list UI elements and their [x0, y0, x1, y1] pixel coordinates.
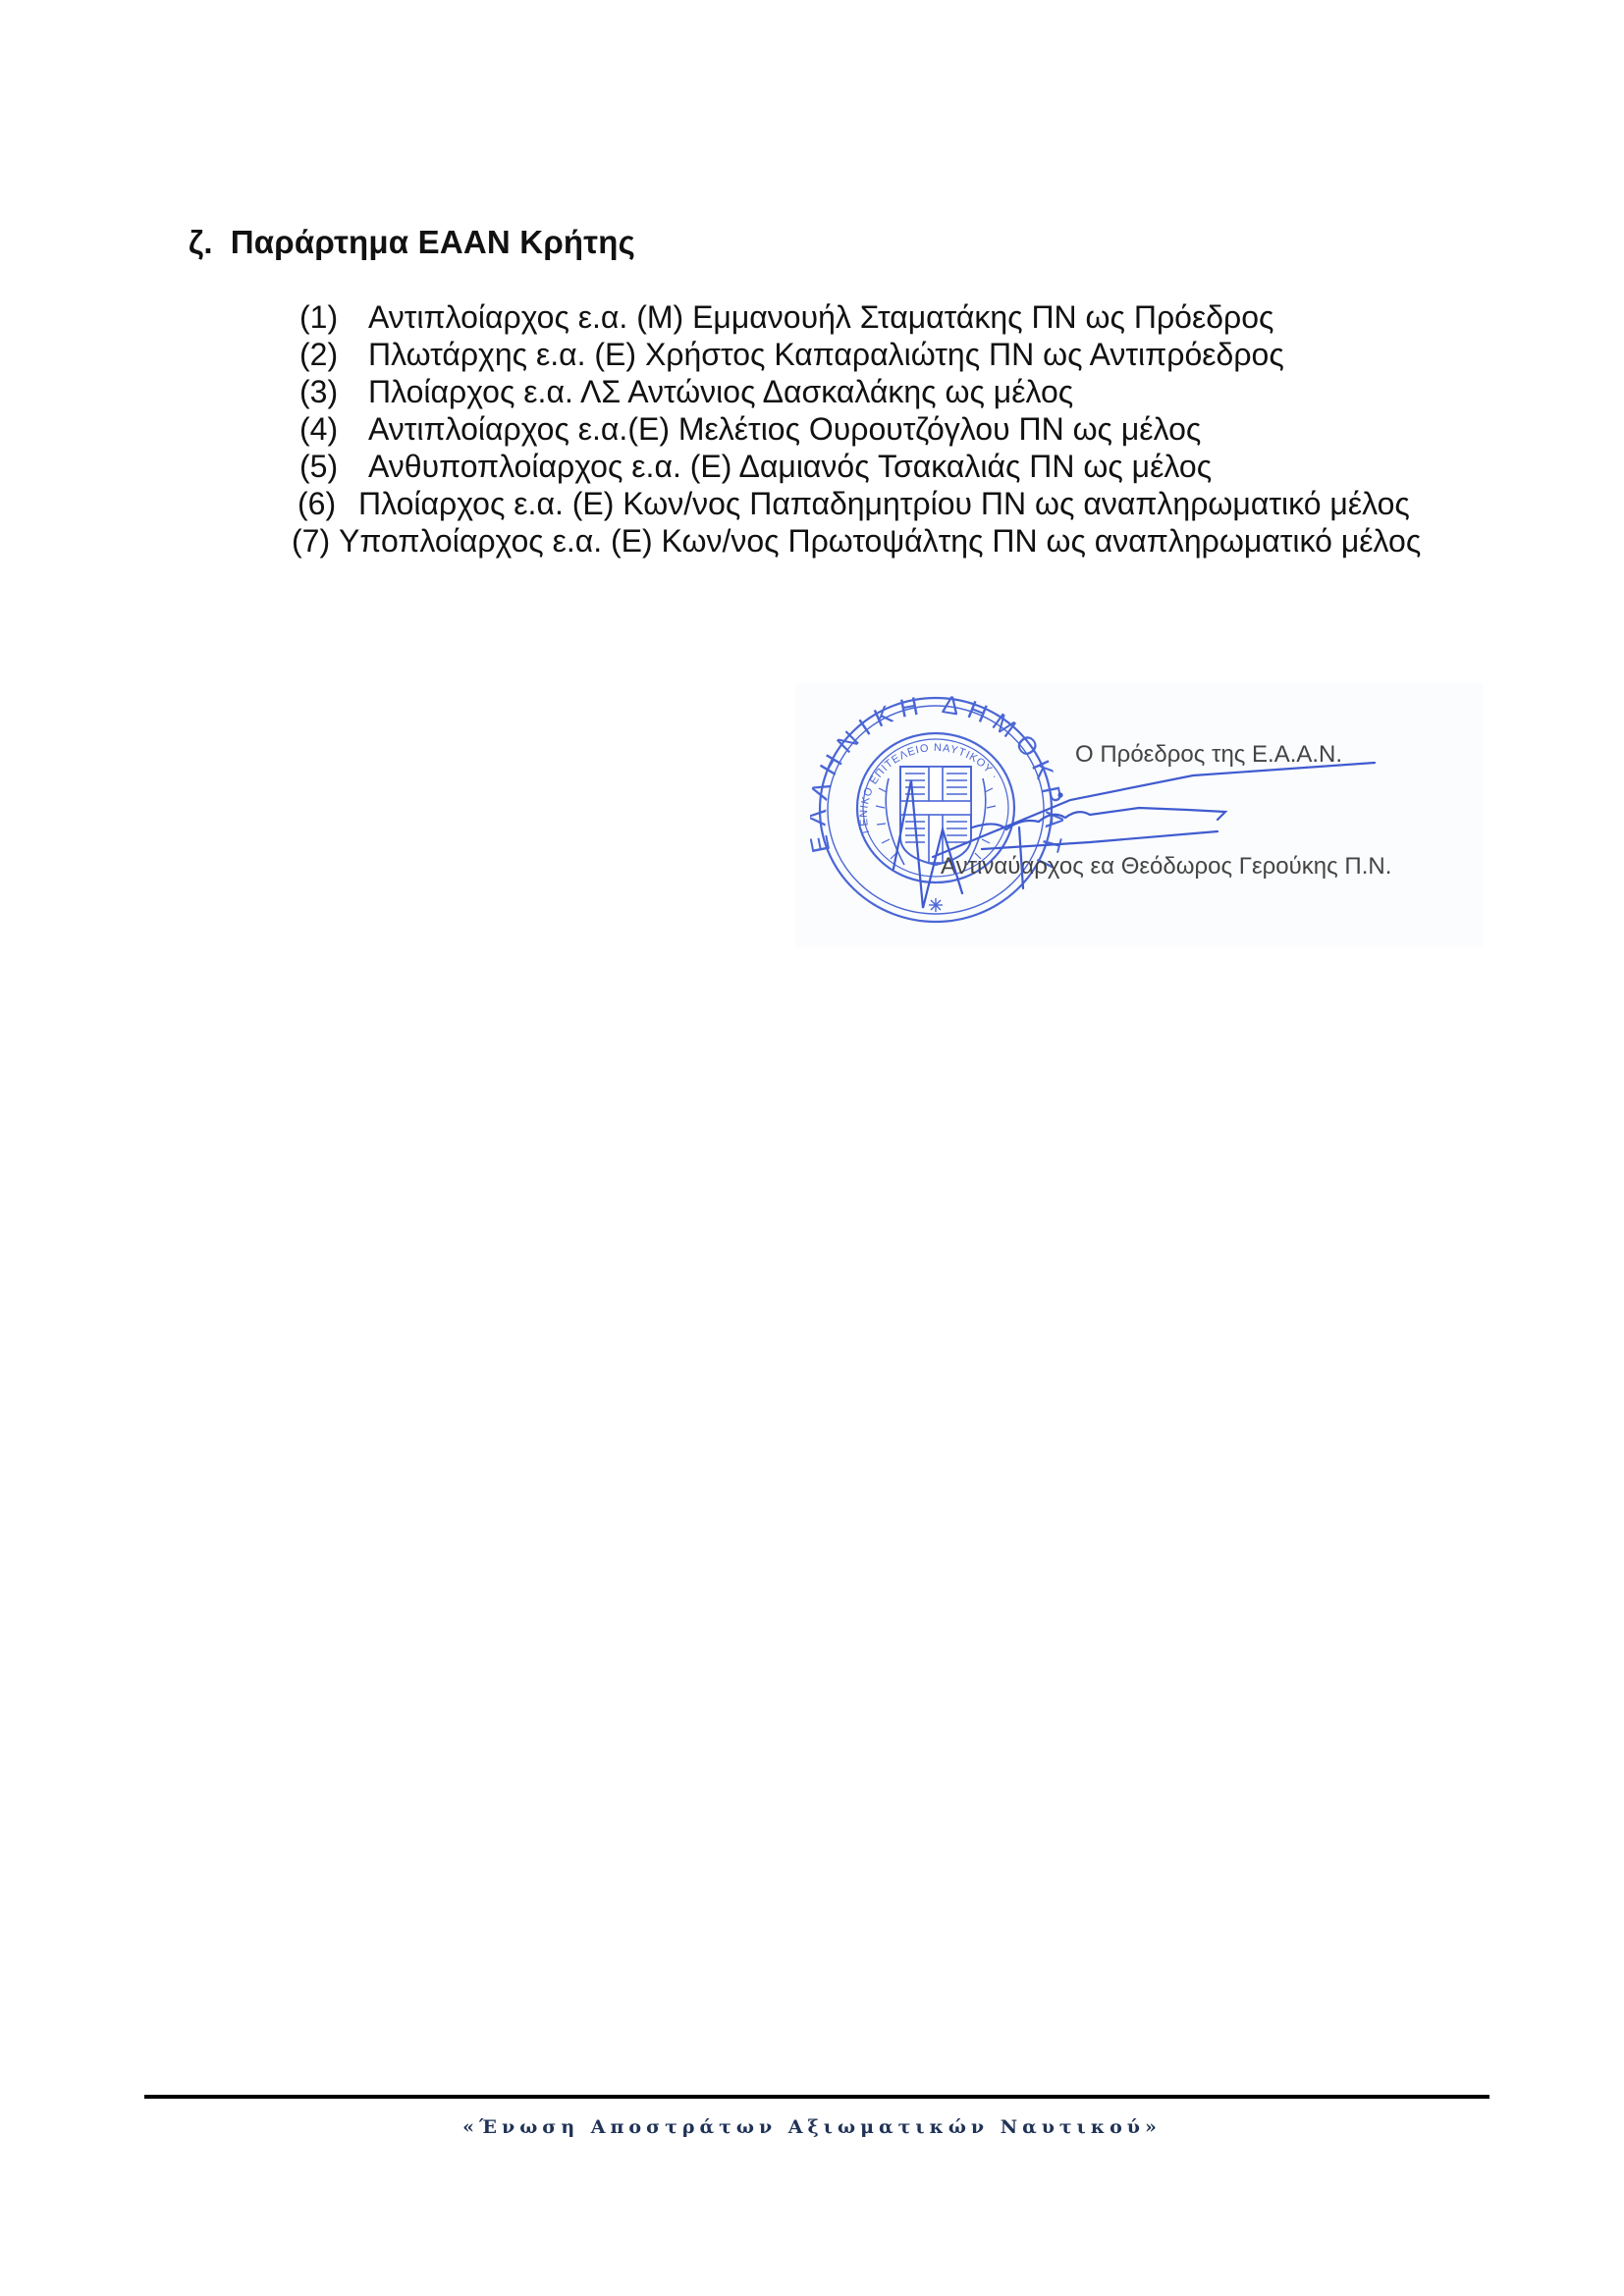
list-item: (2)Πλωτάρχης ε.α. (Ε) Χρήστος Καπαραλιώτ… — [299, 336, 1284, 373]
list-item: (1)Αντιπλοίαρχος ε.α. (Μ) Εμμανουήλ Σταμ… — [299, 298, 1273, 336]
list-item: (3)Πλοίαρχος ε.α. ΛΣ Αντώνιος Δασκαλάκης… — [299, 373, 1073, 410]
item-number: (3) — [299, 373, 368, 410]
item-text: Πλωτάρχης ε.α. (Ε) Χρήστος Καπαραλιώτης … — [368, 337, 1284, 372]
footer-text: «Ένωση Αποστράτων Αξιωματικών Ναυτικού» — [0, 2116, 1624, 2138]
signatory-name: Αντιναύαρχος εα Θεόδωρος Γερούκης Π.Ν. — [941, 853, 1391, 881]
section-heading: ζ.Παράρτημα ΕΑΑΝ Κρήτης — [189, 224, 635, 261]
item-text: Πλοίαρχος ε.α. ΛΣ Αντώνιος Δασκαλάκης ως… — [368, 374, 1073, 409]
item-number: (7) — [292, 522, 339, 560]
signature-title: Ο Πρόεδρος της Ε.Α.Α.Ν. — [1075, 741, 1342, 769]
item-text: Υποπλοίαρχος ε.α. (Ε) Κων/νος Πρωτοψάλτη… — [339, 523, 1421, 559]
item-number: (2) — [299, 336, 368, 373]
list-item: (5)Ανθυποπλοίαρχος ε.α. (Ε) Δαμιανός Τσα… — [299, 448, 1212, 485]
item-number: (4) — [299, 410, 368, 448]
section-title: Παράρτημα ΕΑΑΝ Κρήτης — [231, 224, 635, 260]
footer-divider — [144, 2095, 1489, 2099]
signature-block: ΕΛΛΗΝΙΚΗ ΔΗΜΟΚΡΑΤΙΑ ΓΕΝΙΚΟ ΕΠΙΤΕΛΕΙΟ ΝΑΥ… — [795, 682, 1483, 947]
list-item: (6)Πλοίαρχος ε.α. (Ε) Κων/νος Παπαδημητρ… — [298, 485, 1410, 522]
official-stamp-icon: ΕΛΛΗΝΙΚΗ ΔΗΜΟΚΡΑΤΙΑ ΓΕΝΙΚΟ ΕΠΙΤΕΛΕΙΟ ΝΑΥ… — [810, 690, 1065, 937]
section-number: ζ. — [189, 224, 213, 260]
list-item: (7)Υποπλοίαρχος ε.α. (Ε) Κων/νος Πρωτοψά… — [292, 522, 1421, 560]
item-text: Αντιπλοίαρχος ε.α. (Μ) Εμμανουήλ Σταματά… — [368, 299, 1273, 335]
item-number: (1) — [299, 298, 368, 336]
item-number: (6) — [298, 485, 358, 522]
item-text: Αντιπλοίαρχος ε.α.(Ε) Μελέτιος Ουρουτζόγ… — [368, 411, 1201, 447]
item-text: Πλοίαρχος ε.α. (Ε) Κων/νος Παπαδημητρίου… — [358, 486, 1410, 521]
list-item: (4)Αντιπλοίαρχος ε.α.(Ε) Μελέτιος Ουρουτ… — [299, 410, 1201, 448]
item-number: (5) — [299, 448, 368, 485]
item-text: Ανθυποπλοίαρχος ε.α. (Ε) Δαμιανός Τσακαλ… — [368, 449, 1212, 484]
